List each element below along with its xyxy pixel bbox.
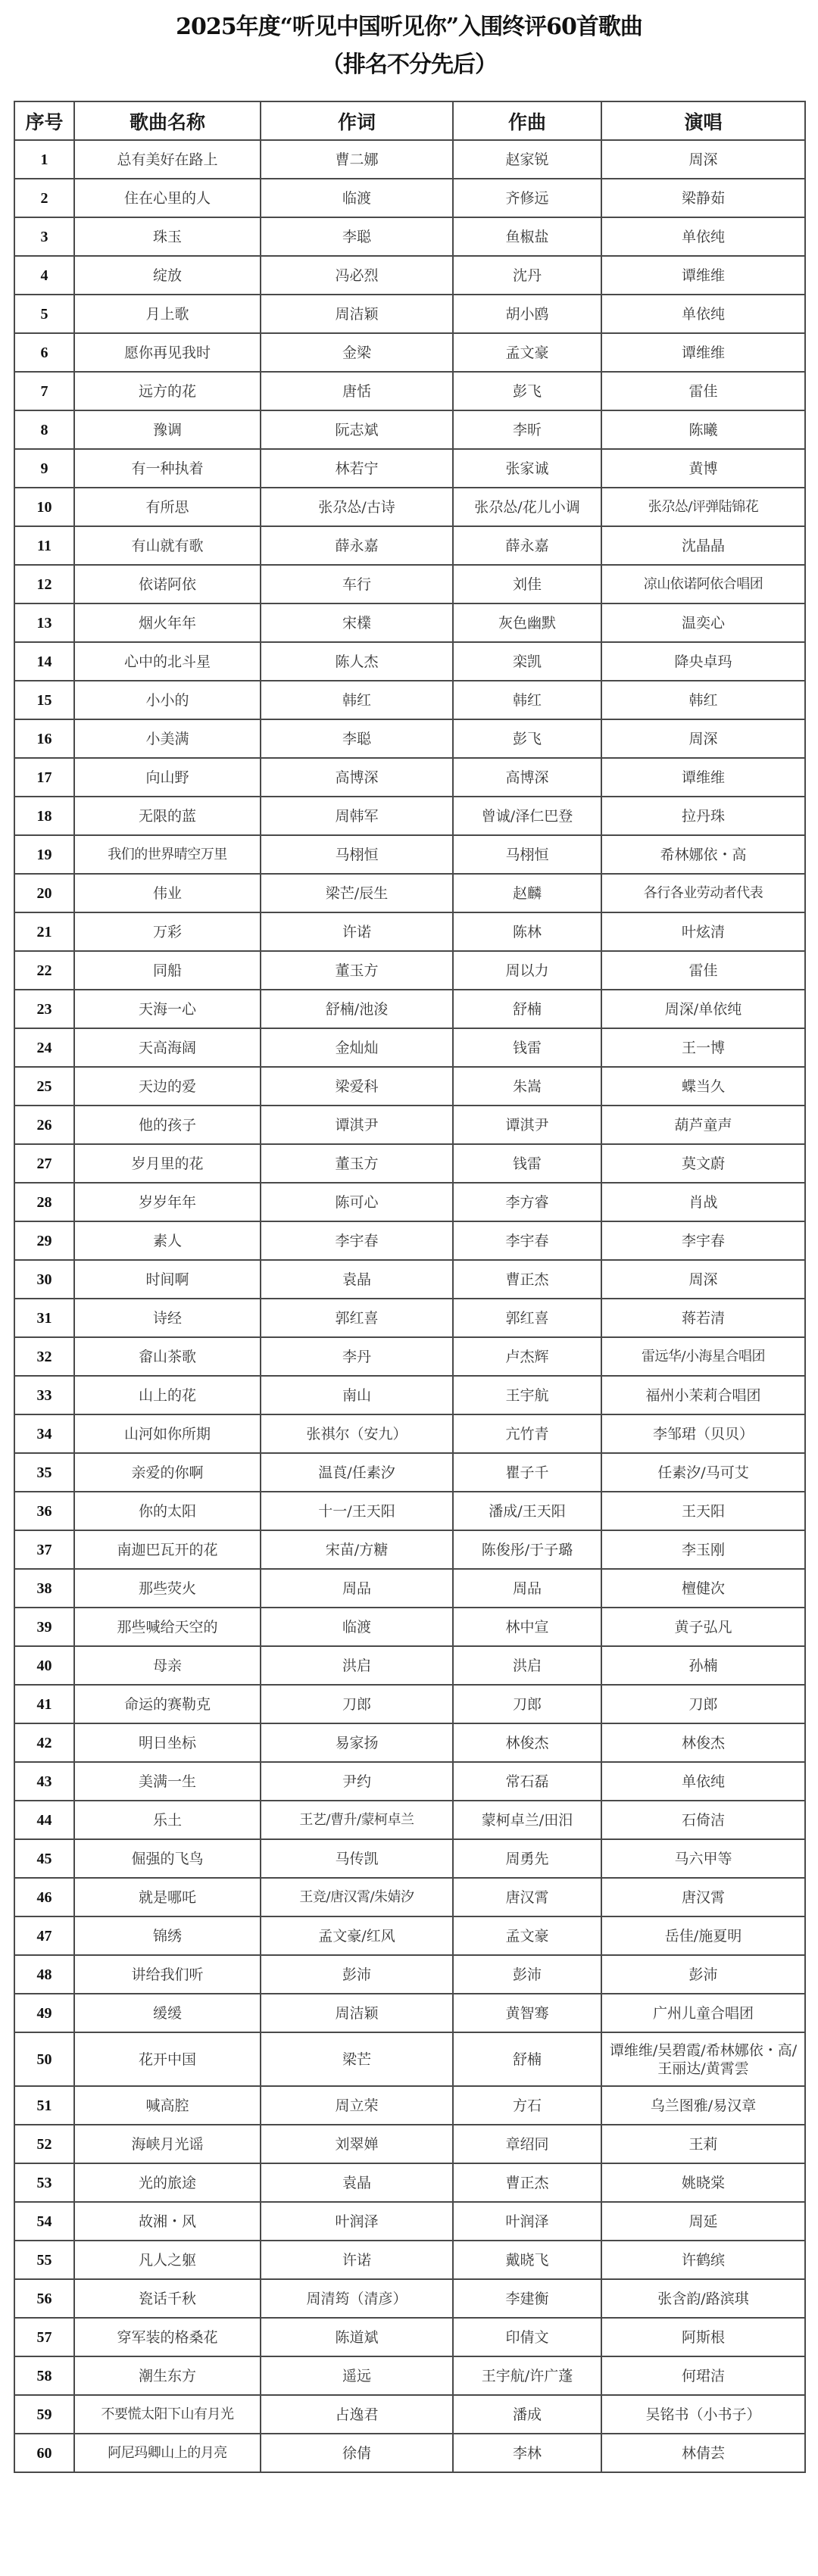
lyricist: 李聪 [261, 217, 453, 256]
song-title: 总有美好在路上 [74, 140, 261, 179]
performer: 各行各业劳动者代表 [601, 874, 805, 912]
row-index: 53 [14, 2163, 74, 2202]
lyricist: 周洁颖 [261, 295, 453, 333]
lyricist: 金灿灿 [261, 1028, 453, 1067]
composer: 李宇春 [453, 1221, 601, 1260]
song-title: 故湘・风 [74, 2202, 261, 2241]
table-row: 23天海一心舒楠/池浚舒楠周深/单依纯 [14, 990, 805, 1028]
table-row: 9有一种执着林若宁张家诚黄博 [14, 449, 805, 488]
song-title: 天边的爱 [74, 1067, 261, 1106]
song-title: 诗经 [74, 1299, 261, 1337]
song-title: 绽放 [74, 256, 261, 295]
table-body: 1总有美好在路上曹二娜赵家锐周深2住在心里的人临渡齐修远梁静茹3珠玉李聪鱼椒盐单… [14, 140, 805, 2472]
composer: 鱼椒盐 [453, 217, 601, 256]
performer: 檀健次 [601, 1569, 805, 1608]
performer: 降央卓玛 [601, 642, 805, 681]
row-index: 2 [14, 179, 74, 217]
row-index: 19 [14, 835, 74, 874]
row-index: 27 [14, 1144, 74, 1183]
table-row: 5月上歌周洁颖胡小鸥单依纯 [14, 295, 805, 333]
lyricist: 高博深 [261, 758, 453, 797]
song-title: 南迦巴瓦开的花 [74, 1530, 261, 1569]
composer: 马栩恒 [453, 835, 601, 874]
table-row: 21万彩许诺陈林叶炫清 [14, 912, 805, 951]
song-title: 畲山茶歌 [74, 1337, 261, 1376]
row-index: 41 [14, 1685, 74, 1723]
row-index: 31 [14, 1299, 74, 1337]
song-title: 阿尼玛卿山上的月亮 [74, 2434, 261, 2472]
composer: 亢竹青 [453, 1414, 601, 1453]
row-index: 51 [14, 2086, 74, 2125]
performer: 李玉刚 [601, 1530, 805, 1569]
table-row: 44乐土王艺/曹升/蒙柯卓兰蒙柯卓兰/田汨石倚洁 [14, 1801, 805, 1839]
performer: 单依纯 [601, 295, 805, 333]
table-row: 60阿尼玛卿山上的月亮徐倩李林林倩芸 [14, 2434, 805, 2472]
lyricist: 韩红 [261, 681, 453, 719]
song-title: 万彩 [74, 912, 261, 951]
performer: 梁静茹 [601, 179, 805, 217]
table-row: 20伟业梁芒/辰生赵麟各行各业劳动者代表 [14, 874, 805, 912]
lyricist: 王竞/唐汉霄/朱婧汐 [261, 1878, 453, 1916]
song-title: 喊高腔 [74, 2086, 261, 2125]
song-title: 珠玉 [74, 217, 261, 256]
song-title: 我们的世界晴空万里 [74, 835, 261, 874]
performer: 谭维维 [601, 256, 805, 295]
performer: 李宇春 [601, 1221, 805, 1260]
song-title: 豫调 [74, 410, 261, 449]
performer: 任素汐/马可艾 [601, 1453, 805, 1492]
composer: 齐修远 [453, 179, 601, 217]
performer: 周深/单依纯 [601, 990, 805, 1028]
composer: 高博深 [453, 758, 601, 797]
composer: 曹正杰 [453, 1260, 601, 1299]
header-song-title: 歌曲名称 [74, 101, 261, 140]
lyricist: 叶润泽 [261, 2202, 453, 2241]
composer: 李建衡 [453, 2279, 601, 2318]
song-title: 瓷话千秋 [74, 2279, 261, 2318]
lyricist: 林若宁 [261, 449, 453, 488]
row-index: 11 [14, 526, 74, 565]
row-index: 32 [14, 1337, 74, 1376]
composer: 周以力 [453, 951, 601, 990]
song-title: 同船 [74, 951, 261, 990]
performer: 姚晓棠 [601, 2163, 805, 2202]
lyricist: 刘翠婵 [261, 2125, 453, 2163]
row-index: 16 [14, 719, 74, 758]
performer: 拉丹珠 [601, 797, 805, 835]
song-title: 山上的花 [74, 1376, 261, 1414]
row-index: 52 [14, 2125, 74, 2163]
row-index: 13 [14, 603, 74, 642]
lyricist: 遥远 [261, 2356, 453, 2395]
song-title: 天海一心 [74, 990, 261, 1028]
table-row: 48讲给我们听彭沛彭沛彭沛 [14, 1955, 805, 1994]
row-index: 7 [14, 372, 74, 410]
lyricist: 陈人杰 [261, 642, 453, 681]
row-index: 54 [14, 2202, 74, 2241]
lyricist: 临渡 [261, 179, 453, 217]
performer: 温奕心 [601, 603, 805, 642]
table-row: 28岁岁年年陈可心李方睿肖战 [14, 1183, 805, 1221]
performer: 葫芦童声 [601, 1106, 805, 1144]
table-row: 41命运的赛勒克刀郎刀郎刀郎 [14, 1685, 805, 1723]
table-row: 17向山野高博深高博深谭维维 [14, 758, 805, 797]
lyricist: 周品 [261, 1569, 453, 1608]
table-row: 24天高海阔金灿灿钱雷王一博 [14, 1028, 805, 1067]
table-row: 43美满一生尹约常石磊单依纯 [14, 1762, 805, 1801]
table-row: 59不要慌太阳下山有月光占逸君潘成吴铭书（小书子） [14, 2395, 805, 2434]
row-index: 1 [14, 140, 74, 179]
composer: 陈俊彤/于子璐 [453, 1530, 601, 1569]
row-index: 56 [14, 2279, 74, 2318]
song-title: 讲给我们听 [74, 1955, 261, 1994]
performer: 阿斯根 [601, 2318, 805, 2356]
table-row: 2住在心里的人临渡齐修远梁静茹 [14, 179, 805, 217]
performer: 周深 [601, 140, 805, 179]
lyricist: 洪启 [261, 1646, 453, 1685]
song-title: 愿你再见我时 [74, 333, 261, 372]
composer: 胡小鸥 [453, 295, 601, 333]
table-row: 54故湘・风叶润泽叶润泽周延 [14, 2202, 805, 2241]
composer: 彭沛 [453, 1955, 601, 1994]
composer: 沈丹 [453, 256, 601, 295]
song-title: 穿军装的格桑花 [74, 2318, 261, 2356]
song-title: 烟火年年 [74, 603, 261, 642]
song-title: 岁岁年年 [74, 1183, 261, 1221]
song-title: 凡人之躯 [74, 2241, 261, 2279]
song-title: 有山就有歌 [74, 526, 261, 565]
composer: 戴晓飞 [453, 2241, 601, 2279]
performer: 石倚洁 [601, 1801, 805, 1839]
song-title: 时间啊 [74, 1260, 261, 1299]
composer: 唐汉霄 [453, 1878, 601, 1916]
table-row: 4绽放冯必烈沈丹谭维维 [14, 256, 805, 295]
composer: 张家诚 [453, 449, 601, 488]
table-row: 19我们的世界晴空万里马栩恒马栩恒希林娜依・高 [14, 835, 805, 874]
table-row: 38那些荧火周品周品檀健次 [14, 1569, 805, 1608]
table-row: 11有山就有歌薛永嘉薛永嘉沈晶晶 [14, 526, 805, 565]
table-row: 32畲山茶歌李丹卢杰辉雷远华/小海星合唱团 [14, 1337, 805, 1376]
row-index: 29 [14, 1221, 74, 1260]
lyricist: 南山 [261, 1376, 453, 1414]
row-index: 37 [14, 1530, 74, 1569]
row-index: 43 [14, 1762, 74, 1801]
table-row: 58潮生东方遥远王宇航/许广蓬何珺洁 [14, 2356, 805, 2395]
lyricist: 李宇春 [261, 1221, 453, 1260]
lyricist: 董玉方 [261, 1144, 453, 1183]
performer: 李邹珺（贝贝） [601, 1414, 805, 1453]
row-index: 23 [14, 990, 74, 1028]
composer: 刘佳 [453, 565, 601, 603]
performer: 张含韵/路滨琪 [601, 2279, 805, 2318]
row-index: 33 [14, 1376, 74, 1414]
lyricist: 十一/王天阳 [261, 1492, 453, 1530]
document-subtitle: （排名不分先后） [0, 50, 818, 80]
table-row: 30时间啊袁晶曹正杰周深 [14, 1260, 805, 1299]
composer: 赵家锐 [453, 140, 601, 179]
lyricist: 周韩军 [261, 797, 453, 835]
row-index: 8 [14, 410, 74, 449]
header-index: 序号 [14, 101, 74, 140]
lyricist: 郭红喜 [261, 1299, 453, 1337]
composer: 钱雷 [453, 1144, 601, 1183]
composer: 朱嵩 [453, 1067, 601, 1106]
performer: 周延 [601, 2202, 805, 2241]
composer: 曾诚/泽仁巴登 [453, 797, 601, 835]
table-row: 27岁月里的花董玉方钱雷莫文蔚 [14, 1144, 805, 1183]
composer: 潘成 [453, 2395, 601, 2434]
performer: 林俊杰 [601, 1723, 805, 1762]
song-title: 海峡月光谣 [74, 2125, 261, 2163]
row-index: 9 [14, 449, 74, 488]
lyricist: 徐倩 [261, 2434, 453, 2472]
performer: 吴铭书（小书子） [601, 2395, 805, 2434]
performer: 何珺洁 [601, 2356, 805, 2395]
lyricist: 薛永嘉 [261, 526, 453, 565]
composer: 刀郎 [453, 1685, 601, 1723]
performer: 凉山依诺阿依合唱团 [601, 565, 805, 603]
performer: 王一博 [601, 1028, 805, 1067]
row-index: 40 [14, 1646, 74, 1685]
row-index: 42 [14, 1723, 74, 1762]
table-row: 25天边的爱梁爱科朱嵩蝶当久 [14, 1067, 805, 1106]
song-title: 母亲 [74, 1646, 261, 1685]
performer: 单依纯 [601, 1762, 805, 1801]
lyricist: 宋檏 [261, 603, 453, 642]
composer: 瞿子千 [453, 1453, 601, 1492]
lyricist: 张祺尔（安九） [261, 1414, 453, 1453]
table-row: 6愿你再见我时金梁孟文豪谭维维 [14, 333, 805, 372]
table-row: 46就是哪吒王竞/唐汉霄/朱婧汐唐汉霄唐汉霄 [14, 1878, 805, 1916]
table-row: 40母亲洪启洪启孙楠 [14, 1646, 805, 1685]
lyricist: 袁晶 [261, 1260, 453, 1299]
table-row: 56瓷话千秋周清筠（清彦）李建衡张含韵/路滨琪 [14, 2279, 805, 2318]
composer: 李昕 [453, 410, 601, 449]
composer: 孟文豪 [453, 333, 601, 372]
song-title: 远方的花 [74, 372, 261, 410]
row-index: 58 [14, 2356, 74, 2395]
performer: 福州小茉莉合唱团 [601, 1376, 805, 1414]
lyricist: 马传凯 [261, 1839, 453, 1878]
table-row: 39那些喊给天空的临渡林中宣黄子弘凡 [14, 1608, 805, 1646]
song-title: 亲爱的你啊 [74, 1453, 261, 1492]
composer: 林俊杰 [453, 1723, 601, 1762]
table-row: 36你的太阳十一/王天阳潘成/王天阳王天阳 [14, 1492, 805, 1530]
lyricist: 尹约 [261, 1762, 453, 1801]
lyricist: 占逸君 [261, 2395, 453, 2434]
table-header-row: 序号 歌曲名称 作词 作曲 演唱 [14, 101, 805, 140]
composer: 李方睿 [453, 1183, 601, 1221]
composer: 薛永嘉 [453, 526, 601, 565]
performer: 希林娜依・高 [601, 835, 805, 874]
performer: 单依纯 [601, 217, 805, 256]
composer: 郭红喜 [453, 1299, 601, 1337]
song-title: 美满一生 [74, 1762, 261, 1801]
lyricist: 刀郎 [261, 1685, 453, 1723]
song-title: 命运的赛勒克 [74, 1685, 261, 1723]
performer: 彭沛 [601, 1955, 805, 1994]
row-index: 6 [14, 333, 74, 372]
lyricist: 陈道斌 [261, 2318, 453, 2356]
lyricist: 王艺/曹升/蒙柯卓兰 [261, 1801, 453, 1839]
composer: 蒙柯卓兰/田汨 [453, 1801, 601, 1839]
lyricist: 许诺 [261, 2241, 453, 2279]
table-row: 26他的孩子谭淇尹谭淇尹葫芦童声 [14, 1106, 805, 1144]
composer: 周品 [453, 1569, 601, 1608]
composer: 陈林 [453, 912, 601, 951]
performer: 谭维维/吴碧霞/希林娜依・高/王丽达/黄霄雲 [601, 2032, 805, 2086]
row-index: 14 [14, 642, 74, 681]
lyricist: 梁芒 [261, 2032, 453, 2086]
row-index: 20 [14, 874, 74, 912]
lyricist: 易家扬 [261, 1723, 453, 1762]
lyricist: 谭淇尹 [261, 1106, 453, 1144]
song-title: 有所思 [74, 488, 261, 526]
lyricist: 李聪 [261, 719, 453, 758]
song-title: 锦绣 [74, 1916, 261, 1955]
performer: 乌兰图雅/易汉章 [601, 2086, 805, 2125]
song-list-table: 序号 歌曲名称 作词 作曲 演唱 1总有美好在路上曹二娜赵家锐周深2住在心里的人… [14, 101, 806, 2473]
lyricist: 冯必烈 [261, 256, 453, 295]
table-row: 49缓缓周洁颖黄智骞广州儿童合唱团 [14, 1994, 805, 2032]
song-title: 潮生东方 [74, 2356, 261, 2395]
performer: 许鹤缤 [601, 2241, 805, 2279]
row-index: 26 [14, 1106, 74, 1144]
performer: 陈曦 [601, 410, 805, 449]
table-row: 55凡人之躯许诺戴晓飞许鹤缤 [14, 2241, 805, 2279]
performer: 刀郎 [601, 1685, 805, 1723]
table-row: 53光的旅途袁晶曹正杰姚晓棠 [14, 2163, 805, 2202]
table-row: 13烟火年年宋檏灰色幽默温奕心 [14, 603, 805, 642]
composer: 舒楠 [453, 2032, 601, 2086]
table-row: 12依诺阿依车行刘佳凉山依诺阿依合唱团 [14, 565, 805, 603]
lyricist: 舒楠/池浚 [261, 990, 453, 1028]
performer: 谭维维 [601, 333, 805, 372]
lyricist: 曹二娜 [261, 140, 453, 179]
lyricist: 周立荣 [261, 2086, 453, 2125]
lyricist: 梁爱科 [261, 1067, 453, 1106]
row-index: 21 [14, 912, 74, 951]
table-row: 29素人李宇春李宇春李宇春 [14, 1221, 805, 1260]
header-performer: 演唱 [601, 101, 805, 140]
song-title: 伟业 [74, 874, 261, 912]
song-title: 向山野 [74, 758, 261, 797]
table-row: 52海峡月光谣刘翠婵章绍同王莉 [14, 2125, 805, 2163]
document-title: 2025年度“听见中国听见你”入围终评60首歌曲 [0, 12, 818, 42]
song-title: 倔强的飞鸟 [74, 1839, 261, 1878]
song-title: 小美满 [74, 719, 261, 758]
performer: 王莉 [601, 2125, 805, 2163]
composer: 彭飞 [453, 719, 601, 758]
performer: 肖战 [601, 1183, 805, 1221]
song-title: 天高海阔 [74, 1028, 261, 1067]
song-title: 那些喊给天空的 [74, 1608, 261, 1646]
composer: 章绍同 [453, 2125, 601, 2163]
composer: 李林 [453, 2434, 601, 2472]
performer: 雷远华/小海星合唱团 [601, 1337, 805, 1376]
row-index: 3 [14, 217, 74, 256]
performer: 唐汉霄 [601, 1878, 805, 1916]
table-row: 3珠玉李聪鱼椒盐单依纯 [14, 217, 805, 256]
song-title: 依诺阿依 [74, 565, 261, 603]
composer: 谭淇尹 [453, 1106, 601, 1144]
row-index: 59 [14, 2395, 74, 2434]
row-index: 44 [14, 1801, 74, 1839]
row-index: 39 [14, 1608, 74, 1646]
row-index: 25 [14, 1067, 74, 1106]
composer: 方石 [453, 2086, 601, 2125]
composer: 钱雷 [453, 1028, 601, 1067]
performer: 莫文蔚 [601, 1144, 805, 1183]
song-title: 住在心里的人 [74, 179, 261, 217]
lyricist: 金梁 [261, 333, 453, 372]
lyricist: 张尕怂/古诗 [261, 488, 453, 526]
row-index: 50 [14, 2032, 74, 2086]
composer: 孟文豪 [453, 1916, 601, 1955]
composer: 韩红 [453, 681, 601, 719]
song-title: 他的孩子 [74, 1106, 261, 1144]
composer: 常石磊 [453, 1762, 601, 1801]
song-title: 不要慌太阳下山有月光 [74, 2395, 261, 2434]
song-title: 乐土 [74, 1801, 261, 1839]
song-title: 花开中国 [74, 2032, 261, 2086]
table-row: 31诗经郭红喜郭红喜蒋若清 [14, 1299, 805, 1337]
table-row: 7远方的花唐恬彭飞雷佳 [14, 372, 805, 410]
lyricist: 董玉方 [261, 951, 453, 990]
lyricist: 袁晶 [261, 2163, 453, 2202]
lyricist: 周清筠（清彦） [261, 2279, 453, 2318]
song-title: 你的太阳 [74, 1492, 261, 1530]
row-index: 34 [14, 1414, 74, 1453]
composer: 周勇先 [453, 1839, 601, 1878]
row-index: 24 [14, 1028, 74, 1067]
table-row: 10有所思张尕怂/古诗张尕怂/花儿小调张尕怂/评弹陆锦花 [14, 488, 805, 526]
song-title: 素人 [74, 1221, 261, 1260]
table-row: 14心中的北斗星陈人杰栾凯降央卓玛 [14, 642, 805, 681]
header-lyricist: 作词 [261, 101, 453, 140]
row-index: 17 [14, 758, 74, 797]
row-index: 22 [14, 951, 74, 990]
table-row: 22同船董玉方周以力雷佳 [14, 951, 805, 990]
row-index: 49 [14, 1994, 74, 2032]
table-row: 42明日坐标易家扬林俊杰林俊杰 [14, 1723, 805, 1762]
lyricist: 温莨/任素汐 [261, 1453, 453, 1492]
composer: 栾凯 [453, 642, 601, 681]
song-title: 有一种执着 [74, 449, 261, 488]
composer: 王宇航 [453, 1376, 601, 1414]
composer: 黄智骞 [453, 1994, 601, 2032]
lyricist: 周洁颖 [261, 1994, 453, 2032]
row-index: 45 [14, 1839, 74, 1878]
row-index: 60 [14, 2434, 74, 2472]
row-index: 30 [14, 1260, 74, 1299]
performer: 沈晶晶 [601, 526, 805, 565]
composer: 林中宣 [453, 1608, 601, 1646]
composer: 彭飞 [453, 372, 601, 410]
performer: 张尕怂/评弹陆锦花 [601, 488, 805, 526]
lyricist: 马栩恒 [261, 835, 453, 874]
row-index: 4 [14, 256, 74, 295]
row-index: 35 [14, 1453, 74, 1492]
composer: 叶润泽 [453, 2202, 601, 2241]
song-title: 小小的 [74, 681, 261, 719]
lyricist: 梁芒/辰生 [261, 874, 453, 912]
row-index: 38 [14, 1569, 74, 1608]
performer: 叶炫清 [601, 912, 805, 951]
lyricist: 宋苗/方糖 [261, 1530, 453, 1569]
table-row: 18无限的蓝周韩军曾诚/泽仁巴登拉丹珠 [14, 797, 805, 835]
lyricist: 阮志斌 [261, 410, 453, 449]
